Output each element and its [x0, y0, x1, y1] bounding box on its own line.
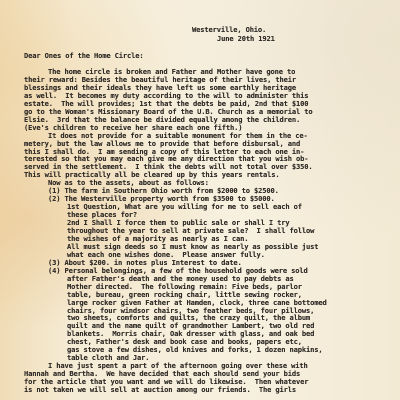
letter-page: Westerville, Ohio. June 20th 1921 Dear O…: [0, 0, 400, 400]
letter-salutation: Dear Ones of the Home Circle:: [24, 52, 144, 61]
letter-date: June 20th 1921: [217, 35, 275, 44]
letter-line: is not taken we will sell at auction amo…: [24, 386, 296, 395]
